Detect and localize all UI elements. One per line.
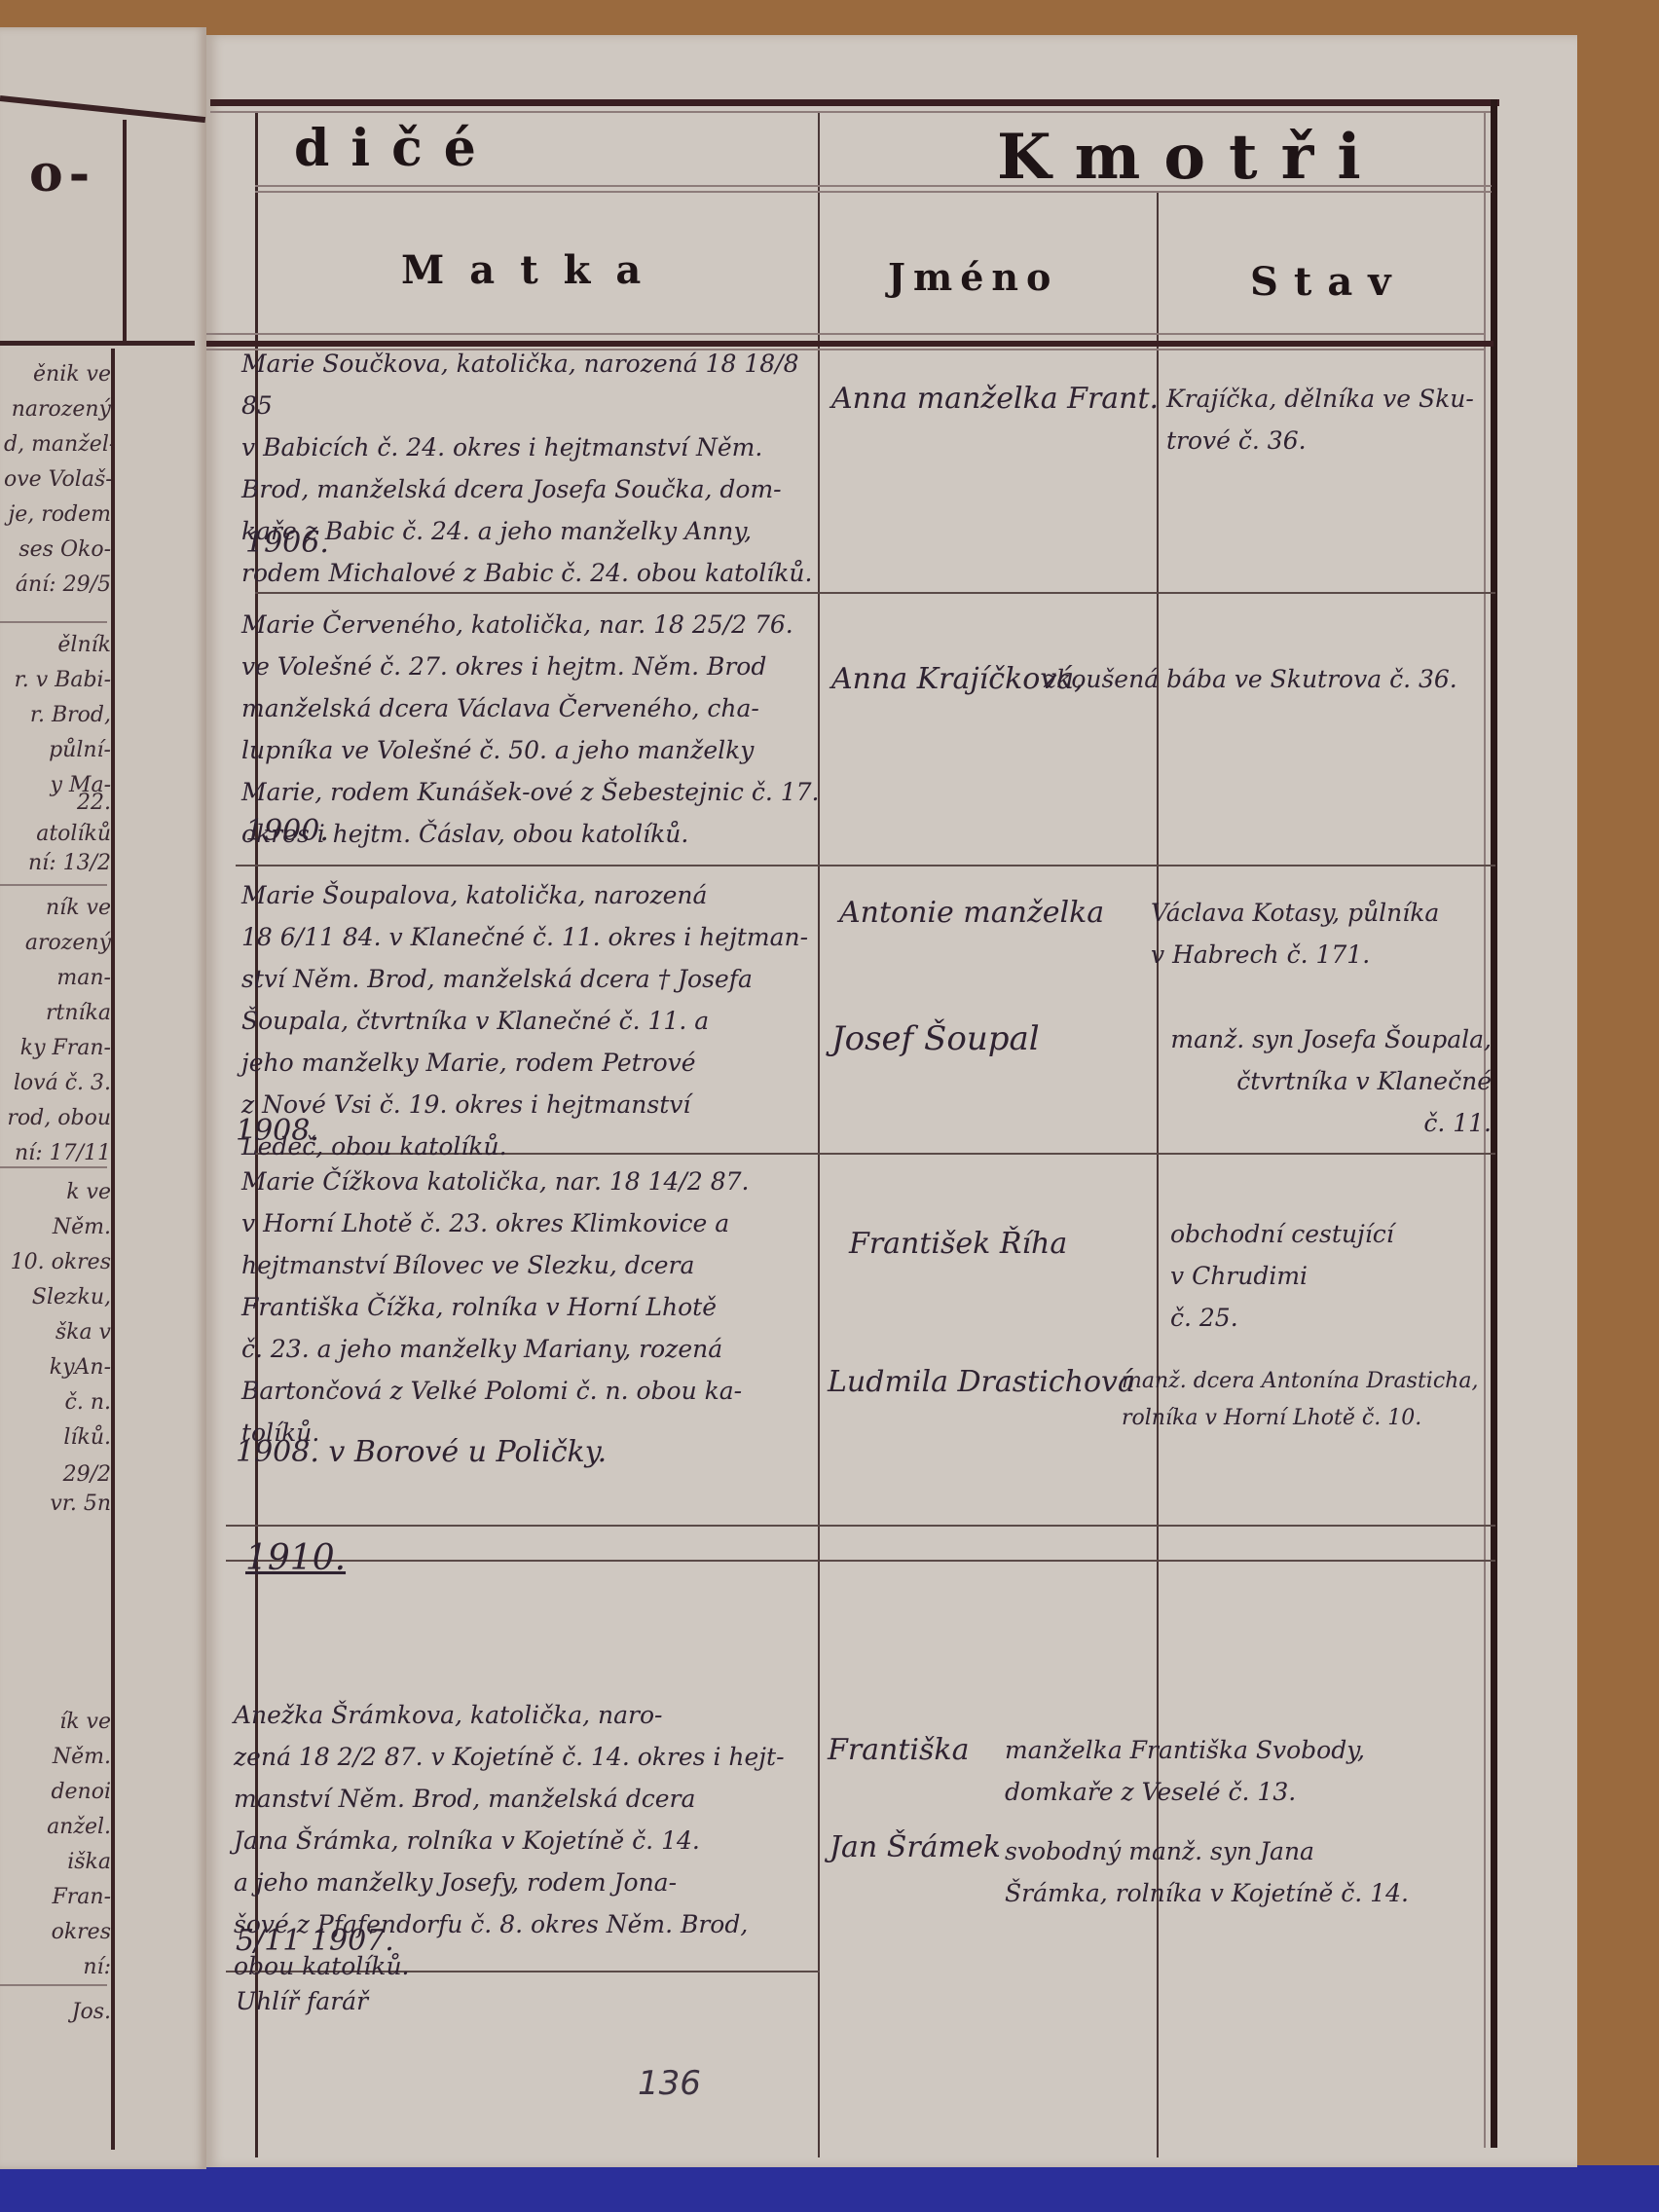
column-header-matka: Matka xyxy=(401,247,666,293)
column-header-stav: Stav xyxy=(1250,259,1407,305)
left-fragment-line: anžel. xyxy=(4,1811,111,1844)
left-fragment-line: líků. xyxy=(4,1421,111,1455)
left-fragment-line: vr. 5n xyxy=(4,1488,111,1521)
left-fragment-line: ní: 17/11 xyxy=(4,1137,111,1170)
entry-4-matka: Marie Čížkova katolička, nar. 18 14/2 87… xyxy=(241,1161,826,1454)
left-fragment-line: ní: 13/2 xyxy=(4,847,111,880)
entry-4-year: 1908. v Borové u Poličky. xyxy=(236,1435,607,1469)
left-top-rule xyxy=(0,95,205,123)
left-row-line xyxy=(0,1984,107,1986)
left-fragment-line: kyAn- xyxy=(4,1351,111,1384)
header-kmotri: Kmotři xyxy=(997,121,1384,194)
left-fragment-line: atolíků xyxy=(4,818,111,851)
left-fragment-line: rod, obou xyxy=(4,1102,111,1135)
priest-signature: Uhlíř farář xyxy=(236,1980,528,2022)
header-bottom-thin-rule xyxy=(206,333,1486,335)
table-top-thin-rule xyxy=(210,111,1493,113)
entry-1-year: 1906. xyxy=(245,526,329,560)
register-page: dičé Kmotři Matka Jméno Stav Marie Součk… xyxy=(206,35,1577,2167)
left-fragment-line: Slezku, xyxy=(4,1281,111,1314)
entry-4-sponsor-1-name: František Říha xyxy=(849,1223,1141,1265)
left-fragment-line: ík ve xyxy=(4,1706,111,1739)
entry-1-matka: Marie Součkova, katolička, narozená 18 1… xyxy=(241,343,826,594)
left-fragment-line: arozený xyxy=(4,927,111,960)
left-fragment-line: půlní- xyxy=(4,734,111,767)
left-fragment-line: ní: xyxy=(4,1951,111,1984)
entry-4-sponsor-1-status: obchodní cestující v Chrudimi č. 25. xyxy=(1170,1213,1492,1339)
left-fragment-line: rtníka xyxy=(4,997,111,1030)
left-fragment-line: ník ve xyxy=(4,892,111,925)
left-row-line xyxy=(0,884,107,886)
left-fragment-line: č. n. xyxy=(4,1386,111,1419)
column-header-jmeno: Jméno xyxy=(888,255,1058,299)
left-fragment-line: iška xyxy=(4,1846,111,1879)
entry-3-year: 1908. xyxy=(236,1114,319,1148)
left-row-line xyxy=(0,621,107,623)
left-header-fragment: o- xyxy=(29,144,95,203)
row-separator xyxy=(236,865,1495,866)
left-fragment-line: Fran- xyxy=(4,1881,111,1914)
entry-3-sponsor-2-name: Josef Šoupal xyxy=(831,1018,1162,1060)
left-fragment-line: r. v Babi- xyxy=(4,664,111,697)
left-fragment-line: Jos. xyxy=(4,1996,111,2029)
header-dice: dičé xyxy=(294,119,498,178)
left-fragment-line: Něm. xyxy=(4,1741,111,1774)
left-fragment-line: ses Oko- xyxy=(4,534,111,567)
entry-2-matka: Marie Červeného, katolička, nar. 18 25/2… xyxy=(241,604,826,855)
left-fragment-line: ove Volaš- xyxy=(4,463,111,497)
entry-5-date: 5/11 1907. xyxy=(236,1924,394,1958)
left-fragment-line: okres xyxy=(4,1916,111,1949)
left-fragment-line: ání: 29/5 xyxy=(4,569,111,602)
left-fragment-line: lová č. 3. xyxy=(4,1067,111,1100)
page-number: 136 xyxy=(638,2064,701,2103)
entry-4-sponsor-2-status: manž. dcera Antonína Drasticha, rolníka … xyxy=(1122,1363,1511,1437)
left-fragment-line: narozený xyxy=(4,393,111,426)
left-fragment-line: 22. xyxy=(4,787,111,820)
left-fragment-line: ělník xyxy=(4,629,111,662)
entry-3-sponsor-2-status: manž. syn Josefa Šoupala, čtvrtníka v Kl… xyxy=(1122,1018,1492,1144)
left-fragment-line: 29/2 xyxy=(4,1458,111,1492)
entry-5-sponsor-1-status: manželka Františka Svobody, domkaře z Ve… xyxy=(1005,1729,1492,1813)
left-fragment-line: ky Fran- xyxy=(4,1032,111,1065)
left-fragment-line: k ve xyxy=(4,1176,111,1209)
entry-2-sponsor-1-status: zkoušená bába ve Skutrova č. 36. xyxy=(1044,658,1511,700)
row-separator xyxy=(226,1525,1495,1527)
entry-2-year: 1900. xyxy=(245,814,329,848)
entry-3-matka: Marie Šoupalova, katolička, narozená 18 … xyxy=(241,874,826,1167)
book-cover-edge xyxy=(0,2165,1659,2212)
left-fragment-line: 10. okres xyxy=(4,1246,111,1279)
left-header-bottom-rule xyxy=(0,341,195,346)
left-fragment-line: denoi xyxy=(4,1776,111,1809)
left-fragment-line: ška v xyxy=(4,1316,111,1349)
entry-1-sponsor-1-status: Krajíčka, dělníka ve Sku- trové č. 36. xyxy=(1166,378,1497,461)
left-fragment-line: r. Brod, xyxy=(4,699,111,732)
entry-4-sponsor-2-name: Ludmila Drastichová xyxy=(828,1361,1139,1403)
entry-3-sponsor-1-status: Václava Kotasy, půlníka v Habrech č. 171… xyxy=(1151,892,1501,976)
section-year-1910: 1910. xyxy=(245,1538,346,1578)
entry-5-sponsor-2-status: svobodný manž. syn Jana Šrámka, rolníka … xyxy=(1005,1830,1492,1914)
entry-1-sponsor-1-name: Anna manželka Frant. xyxy=(831,378,1182,420)
left-fragment-line: Něm. xyxy=(4,1211,111,1244)
left-fragment-line: d, manžel- xyxy=(4,428,111,461)
left-fragment-line: je, rodem xyxy=(4,498,111,532)
left-page-fragment: o- ěnik ve narozený d, manžel- ove Volaš… xyxy=(0,27,206,2169)
left-column-line xyxy=(111,349,115,2150)
entry-3-sponsor-1-name: Antonie manželka xyxy=(839,892,1170,934)
left-fragment-line: man- xyxy=(4,962,111,995)
table-top-rule xyxy=(210,99,1499,106)
left-header-column-line xyxy=(123,120,127,344)
row-separator xyxy=(226,1560,1495,1562)
left-fragment-line: ěnik ve xyxy=(4,358,111,391)
